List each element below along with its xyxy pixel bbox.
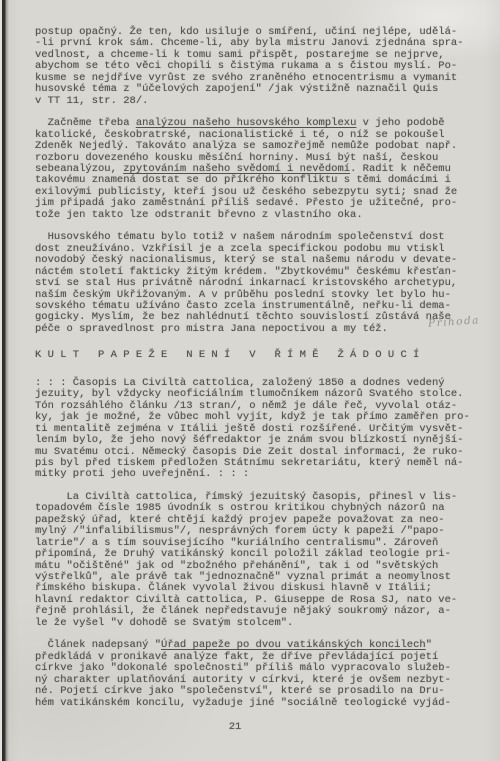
scanned-page: postup opačný. Že ten, kdo usiluje o smí… <box>0 0 500 761</box>
document-body: postup opačný. Že ten, kdo usiluje o smí… <box>35 27 484 720</box>
text-line: mylný /"infalibilismus"/, nesprávných fo… <box>35 526 484 537</box>
text-line: péče o spravedlnost pro mistra Jana nepo… <box>35 324 484 335</box>
text-line: Začněme třeba analýzou našeho husovského… <box>35 118 484 129</box>
text-line: připomíná, že Druhý vatikánský koncil po… <box>35 549 484 560</box>
underlined-text: analýzou našeho husovského komplexu <box>136 117 357 129</box>
paragraph: Začněme třeba analýzou našeho husovského… <box>35 118 484 221</box>
page-number: 21 <box>0 721 470 733</box>
text-line: tože jen takto lze odstranit břevno z vl… <box>35 210 484 221</box>
paragraph: Článek nadepsaný "Úřad papeže po dvou va… <box>35 640 484 709</box>
text-segment: v jeho podobě <box>356 117 444 129</box>
scan-edge-shadow <box>0 0 9 761</box>
text-line: v TT 11, str. 28/. <box>35 96 484 107</box>
text-segment: Článek nadepsaný " <box>35 639 161 651</box>
text-line: husovské téma z "účelových zapojení" /ja… <box>35 84 484 95</box>
text-line: né. Pojetí církve jako "společenství", k… <box>35 686 484 697</box>
text-line: lením bylo, že jeho nový šéfredaktor je … <box>35 435 484 446</box>
underlined-text: Úřad papeže po dvou vatikánských koncile… <box>161 639 426 651</box>
text-line: ky, jak je možné, že vůbec mohl vyjít, k… <box>35 412 484 423</box>
text-line: církve jako "dokonalé společnosti" příli… <box>35 663 484 674</box>
text-segment: Začněme třeba <box>35 117 136 129</box>
text-line: mitky proti jeho uveřejnění. : : : <box>35 469 484 480</box>
text-line: hém vatikánském koncilu, vyžaduje jiné "… <box>35 698 484 709</box>
text-line: jezuity, byl vždycky neoficiálním tlumoč… <box>35 389 484 400</box>
text-line: Zdeněk Nejedlý. Takováto analýza se samo… <box>35 141 484 152</box>
paragraph: : : : Časopis La Civiltà cattolica, zalo… <box>35 378 484 481</box>
paragraph: Husovského tématu bylo totiž v našem nár… <box>35 232 484 335</box>
text-segment: " <box>426 639 432 651</box>
section-heading: K U L T P A P E Ž E N E N Í V Ř Í M Ě Ž … <box>35 350 484 361</box>
text-line: le že vyšel "v dohodě se Svatým stolcem"… <box>35 618 484 629</box>
paragraph: postup opačný. Že ten, kdo usiluje o smí… <box>35 27 484 107</box>
text-line: ství se stal Hus privátně národní inkarn… <box>35 278 484 289</box>
paragraph: La Civiltà cattolica, římský jezuitský č… <box>35 492 484 629</box>
text-line: Husovského tématu bylo totiž v našem nár… <box>35 232 484 243</box>
text-line: novodobý český nacionalismus, který se s… <box>35 255 484 266</box>
